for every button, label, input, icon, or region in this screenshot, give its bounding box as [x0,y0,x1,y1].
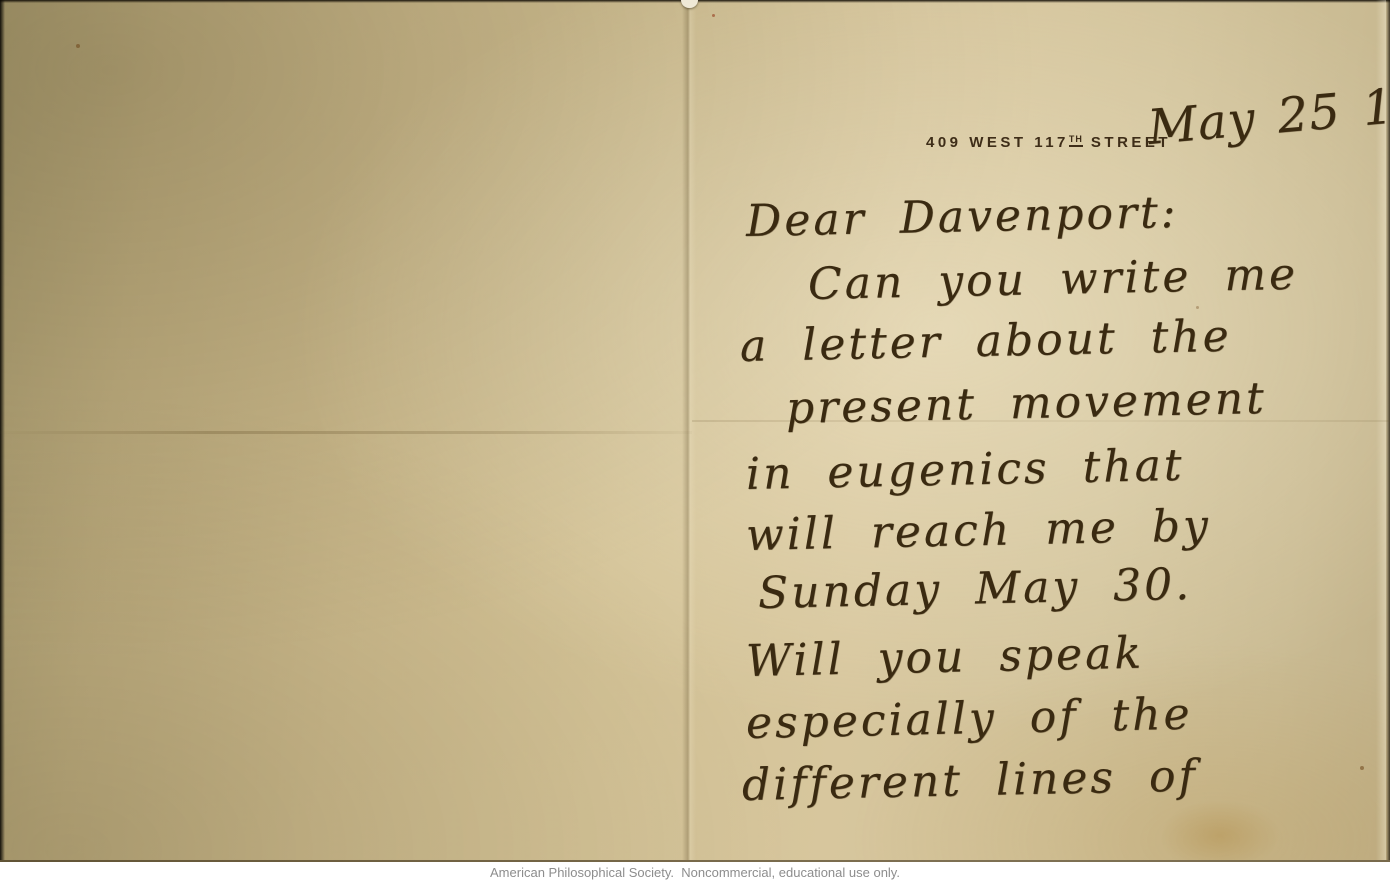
letter-line: especially of the [745,689,1193,749]
scan-edge-left [0,0,5,860]
handwritten-date: May 25 1910 [1146,70,1390,156]
footer-credit-bar: American Philosophical Society. Noncomme… [0,862,1390,882]
paper-speck [712,14,715,17]
letter-line: will reach me by [745,500,1211,561]
letter-scan: 409 WEST 117THSTREET May 25 1910 Dear Da… [0,0,1390,882]
paper-speck [76,44,80,48]
letterhead-address-ordinal: TH [1069,134,1083,147]
footer-credit-text: American Philosophical Society. Noncomme… [490,865,900,880]
letter-line: in eugenics that [745,440,1185,500]
letter-line-salutation: Dear Davenport: [745,187,1178,247]
vertical-fold-crease [682,0,696,860]
letter-line: a letter about the [739,311,1232,372]
letter-paper: 409 WEST 117THSTREET May 25 1910 Dear Da… [0,0,1390,862]
letter-line: present movement [785,373,1267,434]
letter-line: Can you write me [807,249,1298,310]
letter-line: Sunday May 30. [757,559,1192,619]
paper-stain [1160,800,1280,862]
letterhead-address-prefix: 409 WEST 117 [926,134,1069,151]
letterhead-address: 409 WEST 117THSTREET [926,134,1171,151]
letter-line: different lines of [741,750,1198,811]
horizontal-crease-left [0,431,692,434]
paper-speck [1196,306,1199,309]
paper-speck [1360,766,1364,770]
letter-line: Will you speak [745,628,1144,687]
